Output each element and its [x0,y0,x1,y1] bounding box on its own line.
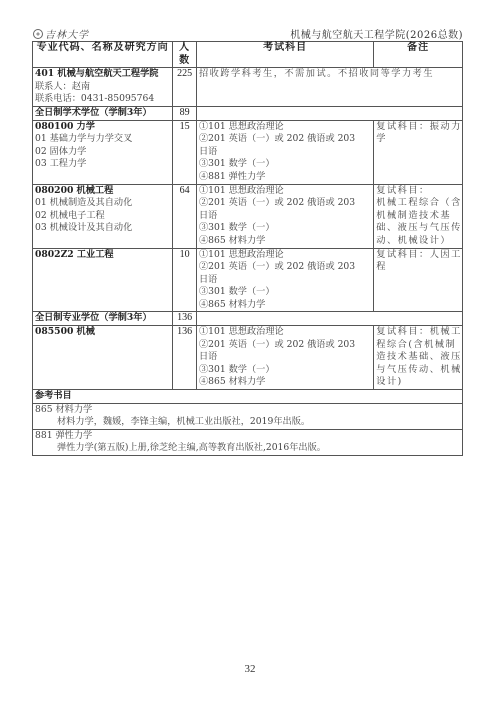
note-line: 复试科目：人因工 [376,249,460,262]
note-line: 程 [376,261,460,274]
note-line: 复试科目：机械工 [376,326,460,339]
column-header-count: 人数 [173,42,197,68]
exam-cell: ①101 思想政治理论 ②201 英语（一）或 202 俄语或 203 日语 ③… [196,248,373,312]
exam-item: ①101 思想政治理论 [199,185,371,198]
program-count: 10 [173,248,197,312]
program-count: 15 [173,120,197,184]
reference-book: 材料力学，魏媛，李锋主编，机械工业出版社，2019年出版。 [35,416,460,429]
section-empty-cell [196,312,462,326]
exam-item: ④881 弹性力学 [199,171,371,184]
school-info-cell: 401 机械与航空航天工程学院 联系人：赵南 联系电话：0431-8509576… [33,68,173,107]
section-row: 全日制学术学位（学制3年） 89 [33,106,463,120]
note-line: 设计) [376,376,460,389]
direction-item: 01 机械制造及其自动化 [35,197,170,210]
program-cell: 080200 机械工程 01 机械制造及其自动化 02 机械电子工程 03 机械… [33,184,173,248]
program-cell: 085500 机械 [33,326,173,390]
section-count: 136 [173,312,197,326]
page-number: 32 [0,663,500,675]
reference-subject: 881 弹性力学 [35,430,460,443]
exam-item: 日语 [199,210,371,223]
direction-item: 03 机械设计及其自动化 [35,222,170,235]
column-header-note: 备注 [374,42,463,68]
exam-item: ③301 数学（一） [199,222,371,235]
program-row: 0802Z2 工业工程 10 ①101 思想政治理论 ②201 英语（一）或 2… [33,248,463,312]
section-title: 全日制学术学位（学制3年） [33,106,173,120]
reference-cell: 865 材料力学 材料力学，魏媛，李锋主编，机械工业出版社，2019年出版。 [33,403,463,429]
program-code-name: 0802Z2 工业工程 [35,249,170,262]
note-line: 础、液压与气压传 [376,222,460,235]
exam-item: ①101 思想政治理论 [199,249,371,262]
exam-item: ①101 思想政治理论 [199,121,371,134]
exam-item: ②201 英语（一）或 202 俄语或 203 [199,339,371,352]
note-line: 学 [376,133,460,146]
exam-item: ②201 英语（一）或 202 俄语或 203 [199,261,371,274]
contact-phone: 联系电话：0431-85095764 [35,93,170,106]
note-cell: 复试科目：机械工 程综合(含机械制 造技术基础、液压 与气压传动、机械 设计) [374,326,463,390]
exam-cell: ①101 思想政治理论 ②201 英语（一）或 202 俄语或 203 日语 ③… [196,120,373,184]
program-code-name: 085500 机械 [35,326,170,339]
reference-row: 865 材料力学 材料力学，魏媛，李锋主编，机械工业出版社，2019年出版。 [33,403,463,429]
exam-item: 日语 [199,146,371,159]
program-cell: 0802Z2 工业工程 [33,248,173,312]
note-line: 复试科目：振动力 [376,121,460,134]
references-title: 参考书目 [33,390,463,404]
admissions-table: 专业代码、名称及研究方向 人数 考试科目 备注 401 机械与航空航天工程学院 … [32,41,463,456]
school-row: 401 机械与航空航天工程学院 联系人：赵南 联系电话：0431-8509576… [33,68,463,107]
document-title: 机械与航空航天工程学院(2026总数) [290,26,463,41]
school-name: 401 机械与航空航天工程学院 [35,68,170,81]
reference-book: 弹性力学(第五版)上册,徐芝纶主编,高等教育出版社,2016年出版。 [35,442,460,455]
column-header-program: 专业代码、名称及研究方向 [33,42,173,68]
direction-item: 02 机械电子工程 [35,210,170,223]
reference-cell: 881 弹性力学 弹性力学(第五版)上册,徐芝纶主编,高等教育出版社,2016年… [33,429,463,455]
exam-item: 日语 [199,274,371,287]
note-line: 程综合(含机械制 [376,339,460,352]
program-cell: 080100 力学 01 基础力学与力学交叉 02 固体力学 03 工程力学 [33,120,173,184]
section-row: 全日制专业学位（学制3年） 136 [33,312,463,326]
column-header-exam: 考试科目 [196,42,373,68]
exam-item: ①101 思想政治理论 [199,326,371,339]
exam-item: ④865 材料力学 [199,376,371,389]
section-title: 全日制专业学位（学制3年） [33,312,173,326]
program-code-name: 080200 机械工程 [35,185,170,198]
program-row: 080100 力学 01 基础力学与力学交叉 02 固体力学 03 工程力学 1… [33,120,463,184]
note-cell: 复试科目：人因工 程 [374,248,463,312]
exam-cell: ①101 思想政治理论 ②201 英语（一）或 202 俄语或 203 日语 ③… [196,326,373,390]
note-line: 复试科目： [376,185,460,198]
direction-item: 03 工程力学 [35,158,170,171]
note-cell: 复试科目： 机械工程综合（含 机械制造技术基 础、液压与气压传 动、机械设计） [374,184,463,248]
program-count: 136 [173,326,197,390]
exam-item: ③301 数学（一） [199,286,371,299]
table-header-row: 专业代码、名称及研究方向 人数 考试科目 备注 [33,42,463,68]
school-exam-note: 招收跨学科考生，不需加试。不招收同等学力考生 [196,68,462,107]
reference-subject: 865 材料力学 [35,404,460,417]
exam-cell: ①101 思想政治理论 ②201 英语（一）或 202 俄语或 203 日语 ③… [196,184,373,248]
section-empty-cell [196,106,462,120]
direction-item: 02 固体力学 [35,146,170,159]
exam-item: 日语 [199,351,371,364]
program-code-name: 080100 力学 [35,121,170,134]
note-line: 机械制造技术基 [376,210,460,223]
university-emblem-icon [33,29,43,39]
exam-item: ④865 材料力学 [199,235,371,248]
exam-item: ②201 英语（一）或 202 俄语或 203 [199,133,371,146]
note-line: 造技术基础、液压 [376,351,460,364]
reference-row: 881 弹性力学 弹性力学(第五版)上册,徐芝纶主编,高等教育出版社,2016年… [33,429,463,455]
note-line: 与气压传动、机械 [376,364,460,377]
program-row: 080200 机械工程 01 机械制造及其自动化 02 机械电子工程 03 机械… [33,184,463,248]
references-title-row: 参考书目 [33,390,463,404]
logo-text: 吉林大学 [45,26,89,41]
exam-item: ②201 英语（一）或 202 俄语或 203 [199,197,371,210]
exam-item: ③301 数学（一） [199,364,371,377]
note-line: 机械工程综合（含 [376,197,460,210]
contact-person: 联系人：赵南 [35,81,170,94]
program-count: 64 [173,184,197,248]
exam-item: ③301 数学（一） [199,158,371,171]
note-line: 动、机械设计） [376,235,460,248]
school-count: 225 [173,68,197,107]
exam-item: ④865 材料力学 [199,299,371,312]
page-header: 吉林大学 机械与航空航天工程学院(2026总数) [33,26,463,40]
note-cell: 复试科目：振动力 学 [374,120,463,184]
university-logo: 吉林大学 [33,26,89,41]
program-row: 085500 机械 136 ①101 思想政治理论 ②201 英语（一）或 20… [33,326,463,390]
section-count: 89 [173,106,197,120]
direction-item: 01 基础力学与力学交叉 [35,133,170,146]
